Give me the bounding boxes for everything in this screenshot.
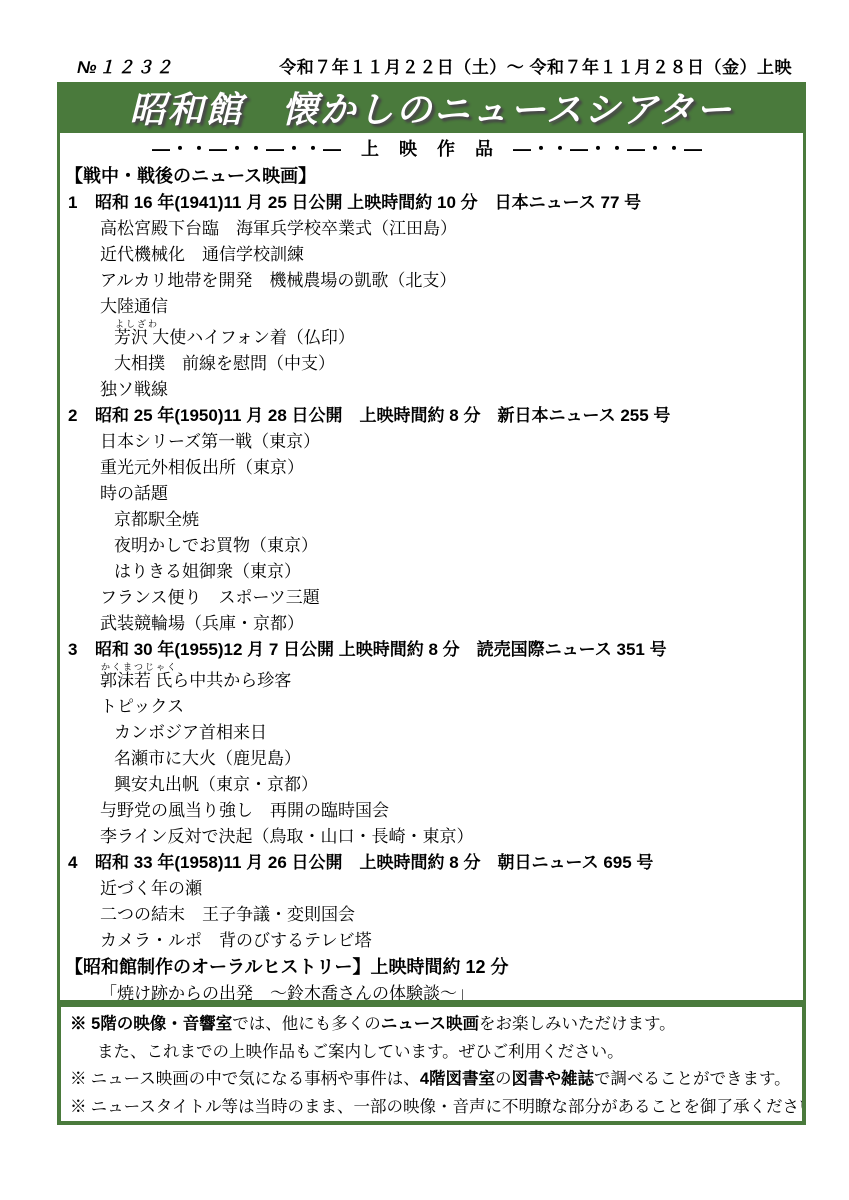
- issue-number: №１２３２: [77, 53, 174, 78]
- film-section: 2昭和 25 年(1950)11 月 28 日公開 上映時間約 8 分 新日本ニ…: [60, 403, 795, 637]
- category-war-news: 【戦中・戦後のニュース映画】: [60, 163, 795, 190]
- film-item: 時の話題: [60, 481, 795, 507]
- document-page: №１２３２ 令和７年１１月２２日（土）～ 令和７年１１月２８日（金）上映 昭和館…: [0, 0, 849, 1200]
- screening-works-heading: —・・—・・—・・— 上 映 作 品 —・・—・・—・・—: [60, 135, 795, 163]
- notes-list: ※ 5階の映像・音響室では、他にも多くのニュース映画をお楽しみいただけます。また…: [70, 1010, 794, 1120]
- film-item: 二つの結末 王子争議・変則国会: [60, 902, 795, 928]
- film-item: 大相撲 前線を慰問（中支）: [60, 351, 795, 377]
- film-item: 重光元外相仮出所（東京）: [60, 455, 795, 481]
- film-item: 武装競輪場（兵庫・京都）: [60, 611, 795, 637]
- film-header: 3昭和 30 年(1955)12 月 7 日公開 上映時間約 8 分 読売国際ニ…: [60, 637, 795, 663]
- film-item: 京都駅全焼: [60, 507, 795, 533]
- note-text: ※ ニュース映画の中で気になる事柄や事件は、: [70, 1069, 420, 1088]
- film-item: カメラ・ルポ 背のびするテレビ塔: [60, 928, 795, 954]
- note-line: ※ ニュースタイトル等は当時のまま、一部の映像・音声に不明瞭な部分があることを御…: [70, 1093, 794, 1120]
- note-line: また、これまでの上映作品もご案内しています。ぜひご利用ください。: [70, 1038, 794, 1065]
- ruby-base: 郭沫若かくまつじゃく: [100, 671, 151, 690]
- furigana: よしざわ: [115, 320, 159, 329]
- note-line: ※ 5階の映像・音響室では、他にも多くのニュース映画をお楽しみいただけます。: [70, 1010, 794, 1038]
- film-item: 与野党の風当り強し 再開の臨時国会: [60, 798, 795, 824]
- film-section: 3昭和 30 年(1955)12 月 7 日公開 上映時間約 8 分 読売国際ニ…: [60, 637, 795, 850]
- film-number: 4: [60, 850, 95, 876]
- film-item: 近代機械化 通信学校訓練: [60, 242, 795, 268]
- furigana: かくまつじゃく: [101, 663, 178, 672]
- film-item: アルカリ地帯を開発 機械農場の凱歌（北支）: [60, 268, 795, 294]
- oral-history-item: 「焼け跡からの出発 ～鈴木喬さんの体験談～」: [60, 981, 795, 1003]
- film-item: 大陸通信: [60, 294, 795, 320]
- category-oral-history: 【昭和館制作のオーラルヒストリー】上映時間約 12 分: [60, 954, 795, 981]
- top-header-row: №１２３２ 令和７年１１月２２日（土）～ 令和７年１１月２８日（金）上映: [57, 52, 806, 78]
- ruby-base: 芳沢よしざわ: [114, 328, 148, 347]
- film-header-text: 昭和 30 年(1955)12 月 7 日公開 上映時間約 8 分 読売国際ニュ…: [95, 637, 667, 663]
- note-text: をお楽しみいただけます。: [479, 1014, 676, 1033]
- film-item: はりきる姐御衆（東京）: [60, 559, 795, 585]
- film-item: 興安丸出帆（東京・京都）: [60, 772, 795, 798]
- note-text: ※ 5階の映像・音響室: [70, 1015, 232, 1033]
- note-text: また、これまでの上映作品もご案内しています。ぜひご利用ください。: [97, 1042, 624, 1061]
- film-item: 李ライン反対で決起（鳥取・山口・長崎・東京）: [60, 824, 795, 850]
- film-section: 4昭和 33 年(1958)11 月 26 日公開 上映時間約 8 分 朝日ニュ…: [60, 850, 795, 954]
- film-header: 2昭和 25 年(1950)11 月 28 日公開 上映時間約 8 分 新日本ニ…: [60, 403, 795, 429]
- note-text: では、他にも多くの: [232, 1014, 381, 1033]
- program-box: —・・—・・—・・— 上 映 作 品 —・・—・・—・・— 【戦中・戦後のニュー…: [57, 133, 806, 1003]
- film-header: 4昭和 33 年(1958)11 月 26 日公開 上映時間約 8 分 朝日ニュ…: [60, 850, 795, 876]
- film-item: トピックス: [60, 694, 795, 720]
- film-item: 高松宮殿下台臨 海軍兵学校卒業式（江田島）: [60, 216, 795, 242]
- note-text: 4階図書室: [420, 1070, 495, 1088]
- film-number: 1: [60, 190, 95, 216]
- film-item: 名瀬市に大火（鹿児島）: [60, 746, 795, 772]
- note-text: で調べることができます。: [594, 1069, 791, 1088]
- film-item: 夜明かしでお買物（東京）: [60, 533, 795, 559]
- film-item: 独ソ戦線: [60, 377, 795, 403]
- film-number: 3: [60, 637, 95, 663]
- note-text: 図書や雑誌: [512, 1070, 595, 1088]
- film-section: 1昭和 16 年(1941)11 月 25 日公開 上映時間約 10 分 日本ニ…: [60, 190, 795, 403]
- film-list: 1昭和 16 年(1941)11 月 25 日公開 上映時間約 10 分 日本ニ…: [60, 190, 795, 954]
- film-item: カンボジア首相来日: [60, 720, 795, 746]
- film-header-text: 昭和 16 年(1941)11 月 25 日公開 上映時間約 10 分 日本ニュ…: [95, 190, 641, 216]
- note-text: の: [495, 1069, 512, 1088]
- film-item: 郭沫若かくまつじゃく 氏ら中共から珍客: [60, 663, 795, 694]
- film-item: 日本シリーズ第一戦（東京）: [60, 429, 795, 455]
- banner-title: 昭和館 懐かしのニュースシアター: [130, 82, 734, 133]
- note-text: ※ ニュースタイトル等は当時のまま、一部の映像・音声に不明瞭な部分があることを御…: [70, 1097, 806, 1116]
- film-item: フランス便り スポーツ三題: [60, 585, 795, 611]
- film-item: 近づく年の瀬: [60, 876, 795, 902]
- screening-date-range: 令和７年１１月２２日（土）～ 令和７年１１月２８日（金）上映: [279, 53, 792, 78]
- film-header-text: 昭和 25 年(1950)11 月 28 日公開 上映時間約 8 分 新日本ニュ…: [95, 403, 670, 429]
- notes-box: ※ 5階の映像・音響室では、他にも多くのニュース映画をお楽しみいただけます。また…: [57, 1003, 806, 1125]
- film-number: 2: [60, 403, 95, 429]
- title-banner: 昭和館 懐かしのニュースシアター: [57, 82, 806, 133]
- document-content: №１２３２ 令和７年１１月２２日（土）～ 令和７年１１月２８日（金）上映 昭和館…: [57, 52, 806, 1125]
- film-item: 芳沢よしざわ 大使ハイフォン着（仏印）: [60, 320, 795, 351]
- note-line: ※ ニュース映画の中で気になる事柄や事件は、4階図書室の図書や雑誌で調べることが…: [70, 1065, 794, 1093]
- film-header-text: 昭和 33 年(1958)11 月 26 日公開 上映時間約 8 分 朝日ニュー…: [95, 850, 653, 876]
- film-header: 1昭和 16 年(1941)11 月 25 日公開 上映時間約 10 分 日本ニ…: [60, 190, 795, 216]
- note-text: ニュース映画: [381, 1015, 479, 1033]
